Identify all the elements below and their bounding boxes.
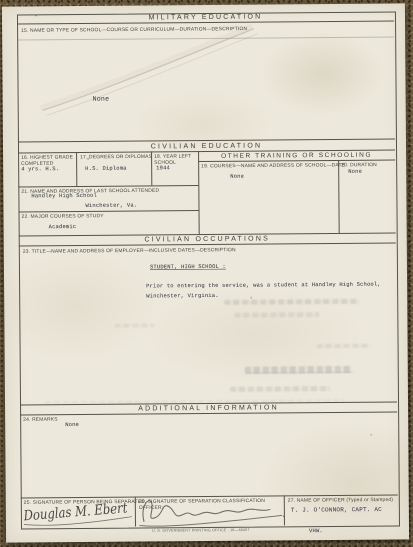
field-value-degrees: H.S. Diploma bbox=[85, 166, 126, 172]
form-page: MILITARY EDUCATION 15. NAME OR TYPE OF S… bbox=[2, 3, 409, 542]
field-label-major-courses: 22. MAJOR COURSES OF STUDY bbox=[22, 213, 104, 220]
field-value-highest-grade: 4 yrs. H.S. bbox=[21, 166, 59, 172]
svg-text:Douglas M. Ebert: Douglas M. Ebert bbox=[22, 500, 128, 524]
bleedthrough-smudge bbox=[114, 323, 154, 327]
field-label-duration: 20. DURATION bbox=[341, 162, 377, 168]
field-label-degrees: 17. DEGREES OR DIPLOMAS bbox=[80, 153, 152, 160]
paper-speck bbox=[87, 158, 89, 160]
field-label-highest-grade: 16. HIGHEST GRADE COMPLETED bbox=[21, 154, 76, 166]
field-value-duration: None bbox=[348, 169, 362, 175]
signature-classification-officer bbox=[134, 490, 289, 531]
bleedthrough-smudge bbox=[234, 312, 319, 318]
field-value-remarks: None bbox=[65, 422, 79, 428]
clerk-initials: VHW. bbox=[309, 528, 323, 534]
field-value-year-left: 1944 bbox=[156, 165, 170, 171]
field-value-major-courses: Academic bbox=[49, 224, 77, 230]
field-label-courses: 19. COURSES—NAME AND ADDRESS OF SCHOOL—D… bbox=[201, 162, 345, 169]
field-label-year-left: 18. YEAR LEFT SCHOOL bbox=[154, 153, 197, 165]
bleedthrough-smudge bbox=[230, 386, 330, 392]
stamp-bleedthrough-mark bbox=[32, 16, 273, 128]
signature-separated-person: Douglas M. Ebert bbox=[20, 496, 140, 531]
paper-speck bbox=[35, 14, 37, 16]
gpo-print-line: U. S. GOVERNMENT PRINTING OFFICE : 16—48… bbox=[152, 528, 250, 533]
field-value-officer-name: T. J. O'CONNOR, CAPT. AC bbox=[291, 507, 382, 514]
field-label-officer-name: 27. NAME OF OFFICER (Typed or Stamped) bbox=[288, 497, 393, 504]
field-value-last-school-line2: Winchester, Va. bbox=[85, 203, 137, 209]
field-value-courses: None bbox=[230, 174, 244, 180]
field-label-remarks: 24. REMARKS bbox=[23, 416, 58, 422]
bleedthrough-smudge bbox=[245, 366, 353, 374]
bleedthrough-smudge bbox=[224, 299, 359, 305]
paper-speck bbox=[250, 297, 252, 299]
occupation-description-line2: Winchester, Virginia. bbox=[146, 293, 219, 300]
occupation-title: STUDENT, HIGH SCHOOL : bbox=[150, 264, 226, 271]
paper-speck bbox=[370, 434, 372, 436]
photo-background: MILITARY EDUCATION 15. NAME OR TYPE OF S… bbox=[0, 0, 413, 547]
field-value-last-school-line1: Handley High School bbox=[31, 193, 97, 200]
bleedthrough-smudge bbox=[317, 344, 372, 348]
